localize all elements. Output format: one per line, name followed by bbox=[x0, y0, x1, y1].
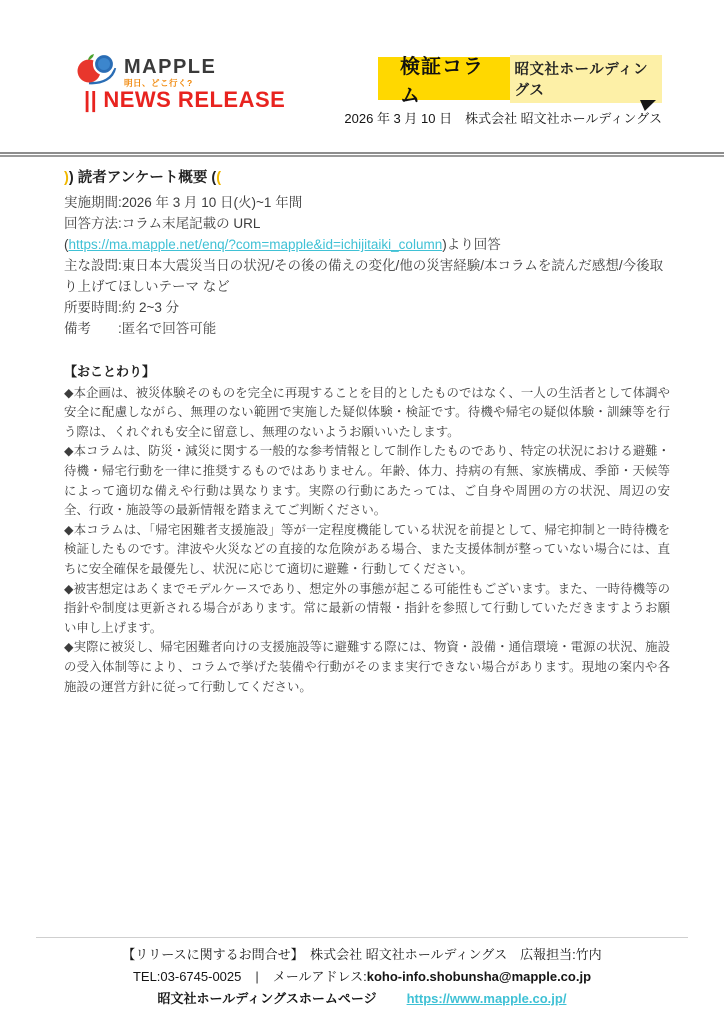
footer-email-label: メールアドレス: bbox=[273, 969, 367, 984]
footer-email: koho-info.shobunsha@mapple.co.jp bbox=[367, 969, 591, 984]
survey-period-line: 実施期間:2026 年 3 月 10 日(火)~1 年間 bbox=[64, 192, 668, 213]
footer-homepage-label: 昭文社ホールディングスホームページ bbox=[158, 991, 377, 1006]
heading-paren-close-dark: ( bbox=[207, 170, 216, 186]
survey-questions-line: 主な設問:東日本大震災当日の状況/その後の備えの変化/他の災害経験/本コラムを読… bbox=[64, 255, 668, 297]
footer-contact-block: 【リリースに関するお問合せ】 株式会社 昭文社ホールディングス 広報担当:竹内 … bbox=[0, 944, 724, 1010]
footer-tel-email-line: TEL:03-6745-0025|メールアドレス:koho-info.shobu… bbox=[0, 966, 724, 988]
survey-duration-line: 所要時間:約 2~3 分 bbox=[64, 297, 668, 318]
footer-divider bbox=[36, 937, 688, 938]
badge-company: 昭文社ホールディングス bbox=[510, 55, 662, 103]
footer-homepage-line: 昭文社ホールディングスホームページhttps://www.mapple.co.j… bbox=[0, 988, 724, 1010]
survey-note-line: 備考 :匿名で回答可能 bbox=[64, 318, 668, 339]
footer-homepage-link[interactable]: https://www.mapple.co.jp/ bbox=[407, 991, 567, 1006]
link-paren-close: )より回答 bbox=[442, 237, 501, 252]
survey-link-line: (https://ma.mapple.net/enq/?com=mapple&i… bbox=[64, 234, 668, 255]
disclaimer-paragraph: ◆本企画は、被災体験そのものを完全に再現することを目的としたものではなく、一人の… bbox=[64, 384, 670, 443]
survey-url-link[interactable]: https://ma.mapple.net/enq/?com=mapple&id… bbox=[69, 237, 443, 252]
header-divider bbox=[0, 152, 724, 157]
footer-tel: TEL:03-6745-0025 bbox=[133, 969, 241, 984]
heading-paren-close-yellow: ( bbox=[216, 170, 221, 186]
disclaimer-paragraph: ◆被害想定はあくまでモデルケースであり、想定外の事態が起こる可能性もございます。… bbox=[64, 580, 670, 639]
badge-label: 検証コラム bbox=[400, 50, 492, 108]
disclaimer-paragraph: ◆本コラムは、「帰宅困難者支援施設」等が一定程度機能している状況を前提として、帰… bbox=[64, 521, 670, 580]
disclaimer-title: 【おことわり】 bbox=[64, 362, 670, 382]
news-release-text: NEWS RELEASE bbox=[103, 87, 285, 112]
disclaimer-paragraph: ◆本コラムは、防災・減災に関する一般的な参考情報として制作したものであり、特定の… bbox=[64, 442, 670, 520]
heading-paren-open-dark: ) bbox=[69, 170, 78, 186]
column-badge: 検証コラム 昭文社ホールディングス bbox=[378, 57, 662, 100]
disclaimer-paragraph: ◆実際に被災し、帰宅困難者向けの支援施設等に避難する際には、物資・設備・通信環境… bbox=[64, 638, 670, 697]
news-release-page: MAPPLE 明日、どこ行く? ||NEWS RELEASE 検証コラム 昭文社… bbox=[0, 0, 724, 1024]
double-bar-decoration: || bbox=[84, 87, 97, 112]
brand-wordmark: MAPPLE bbox=[124, 56, 216, 78]
survey-section: )) 読者アンケート概要 (( 実施期間:2026 年 3 月 10 日(火)~… bbox=[64, 167, 668, 339]
footer-contact-line: 【リリースに関するお問合せ】 株式会社 昭文社ホールディングス 広報担当:竹内 bbox=[0, 944, 724, 966]
survey-heading-title: 読者アンケート概要 bbox=[78, 170, 208, 186]
disclaimer-section: 【おことわり】 ◆本企画は、被災体験そのものを完全に再現することを目的としたもの… bbox=[64, 362, 670, 697]
release-date: 2026 年 3 月 10 日 株式会社 昭文社ホールディングス bbox=[300, 108, 662, 127]
news-release-label: ||NEWS RELEASE bbox=[84, 87, 285, 113]
survey-method-line: 回答方法:コラム末尾記載の URL bbox=[64, 213, 668, 234]
survey-heading: )) 読者アンケート概要 (( bbox=[64, 167, 668, 189]
footer-separator: | bbox=[255, 969, 258, 984]
